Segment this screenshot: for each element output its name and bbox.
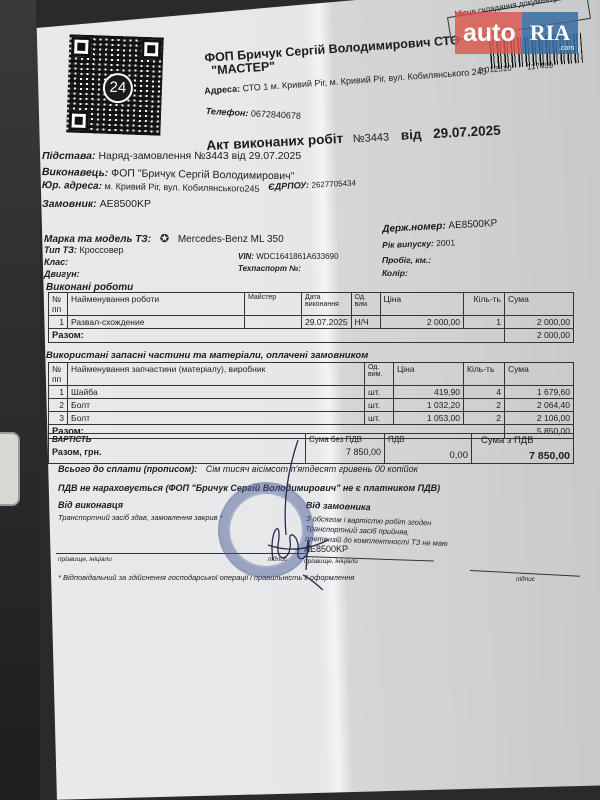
cell-price: 2 000,00 [380, 316, 463, 329]
vehicle-model-row: Марка та модель ТЗ: ✪ Mercedes-Benz ML 3… [44, 232, 284, 245]
cell-unit: шт. [365, 386, 394, 399]
cell-unit: шт. [365, 399, 394, 412]
type-value: Кроссовер [79, 245, 123, 255]
works-total-label: Разом: [49, 329, 505, 343]
table-row: 3 Болт шт. 1 053,00 2 2 106,00 [49, 412, 574, 425]
payment-words-label: Всього до сплати (прописом): [58, 464, 197, 474]
col-sum: Сума [505, 363, 574, 386]
works-table: № пп Найменування роботи Майстер Дата ви… [48, 292, 574, 343]
cell-qty: 2 [464, 412, 505, 425]
act-date-prefix: від [400, 127, 421, 143]
contractor-sign-text: Транспортний засіб здав, замовлення закр… [58, 513, 223, 522]
cell-unit: шт. [365, 412, 394, 425]
engine-label: Двигун: [44, 269, 80, 279]
contractor-sign-title: Від виконавця [58, 500, 123, 510]
cell-qty: 2 [464, 399, 505, 412]
cell-price: 1 032,20 [394, 399, 464, 412]
works-header-row: № пп Найменування роботи Майстер Дата ви… [49, 293, 574, 316]
vin-value: WDC1641861A633690 [256, 252, 338, 261]
cell-part-name: Шайба [68, 386, 365, 399]
col-date: Дата виконання [302, 293, 352, 316]
cell-qty: 4 [464, 386, 505, 399]
barcode-right: 117459 [527, 61, 554, 72]
vat-value: 0,00 [388, 450, 468, 461]
col-master: Майстер [245, 293, 302, 316]
parts-section-title: Використані запасні частини та матеріали… [46, 350, 368, 361]
cell-qty: 1 [464, 316, 505, 329]
vehicle-type-row: Тип ТЗ: Кроссовер [44, 245, 124, 255]
qr-badge: 24 [102, 73, 133, 104]
table-row: 2 Болт шт. 1 032,20 2 2 064,40 [49, 399, 574, 412]
col-price: Ціна [394, 363, 464, 386]
col-sum: Сума [505, 293, 574, 316]
mercedes-logo-icon: ✪ [160, 233, 169, 245]
qr-finder [71, 36, 92, 57]
vat-cell: ПДВ 0,00 [385, 434, 472, 464]
basis-row: Підстава: Наряд-замовлення №3443 від 29.… [42, 150, 301, 162]
legal-address-value: м. Кривий Ріг, вул. Кобилянського245 [104, 181, 259, 194]
cell-sum: 1 679,60 [505, 386, 574, 399]
cell-price: 1 053,00 [394, 412, 464, 425]
qr-finder [68, 110, 89, 131]
cell-date: 29.07.2025 [302, 316, 352, 329]
vin-label: VIN: [238, 252, 254, 261]
col-unit: Од. вим. [351, 293, 380, 316]
cell-work-name: Развал-схождение [68, 316, 245, 329]
watermark-auto: auto [455, 12, 522, 54]
works-total-row: Разом: 2 000,00 [49, 329, 574, 343]
year-label: Рік випуску: [382, 238, 434, 250]
qr-finder [141, 39, 162, 60]
vin-row: VIN: WDC1641861A633690 [238, 252, 339, 261]
contractor-caption: прізвище, ініціали [58, 556, 112, 563]
col-qty: Кіль-ть [464, 293, 505, 316]
customer-value: AE8500KP [100, 198, 151, 210]
act-number: №3443 [353, 131, 390, 145]
cell-sum: 2 106,00 [505, 412, 574, 425]
vat-label: ПДВ [388, 435, 468, 444]
watermark-com: .com [559, 45, 574, 53]
cell-part-name: Болт [68, 399, 365, 412]
watermark-ria-box: RIA .com [522, 12, 578, 54]
customer-signature-caption: підпис [516, 576, 535, 583]
col-number: № пп [49, 293, 68, 316]
cell-master [245, 316, 302, 329]
table-row: 1 Развал-схождение 29.07.2025 Н/Ч 2 000,… [49, 316, 574, 329]
cell-number: 1 [49, 386, 68, 399]
cell-sum: 2 000,00 [505, 316, 574, 329]
sum-with-vat-label: Сума з ПДВ [475, 435, 570, 446]
background-dark [0, 0, 40, 800]
customer-label: Замовник: [42, 198, 97, 210]
cell-number: 1 [49, 316, 68, 329]
class-label: Клас: [44, 257, 68, 267]
passport-label: Техпаспорт №: [238, 264, 301, 273]
sum-with-vat-value: 7 850,00 [475, 450, 570, 462]
handwritten-signature [228, 440, 338, 590]
model-label: Марка та модель ТЗ: [44, 234, 151, 245]
col-number: № пп [49, 363, 68, 386]
cell-number: 3 [49, 412, 68, 425]
contractor-label: Виконавець: [42, 166, 109, 179]
customer-row: Замовник: AE8500KP [42, 198, 151, 210]
cell-unit: Н/Ч [351, 316, 380, 329]
cell-price: 419,90 [394, 386, 464, 399]
qr-code: 24 [66, 34, 163, 135]
background-object [0, 432, 20, 506]
col-price: Ціна [380, 293, 463, 316]
basis-value: Наряд-замовлення №3443 від 29.07.2025 [98, 150, 301, 162]
model-value: Mercedes-Benz ML 350 [178, 234, 284, 245]
sum-with-vat-cell: Сума з ПДВ 7 850,00 [472, 434, 574, 464]
table-row: 1 Шайба шт. 419,90 4 1 679,60 [49, 386, 574, 399]
edrpou-label: ЄДРПОУ: [268, 180, 309, 192]
col-work-name: Найменування роботи [68, 293, 245, 316]
color-label: Колір: [382, 268, 408, 278]
cell-part-name: Болт [68, 412, 365, 425]
cell-sum: 2 064,40 [505, 399, 574, 412]
col-unit: Од. вим. [365, 363, 394, 386]
basis-label: Підстава: [42, 150, 96, 162]
year-value: 2001 [436, 237, 455, 248]
works-total-value: 2 000,00 [505, 329, 574, 343]
col-part-name: Найменування запчастини (матеріалу), вир… [68, 363, 365, 386]
watermark-ria: RIA [530, 20, 570, 45]
parts-header-row: № пп Найменування запчастини (матеріалу)… [49, 363, 574, 386]
mileage-label: Пробіг, км.: [382, 255, 431, 265]
autoria-watermark: auto RIA .com [455, 12, 578, 54]
type-label: Тип ТЗ: [44, 245, 77, 255]
parts-table: № пп Найменування запчастини (матеріалу)… [48, 362, 574, 439]
col-qty: Кіль-ть [464, 363, 505, 386]
cell-number: 2 [49, 399, 68, 412]
legal-address-label: Юр. адреса: [42, 180, 102, 192]
